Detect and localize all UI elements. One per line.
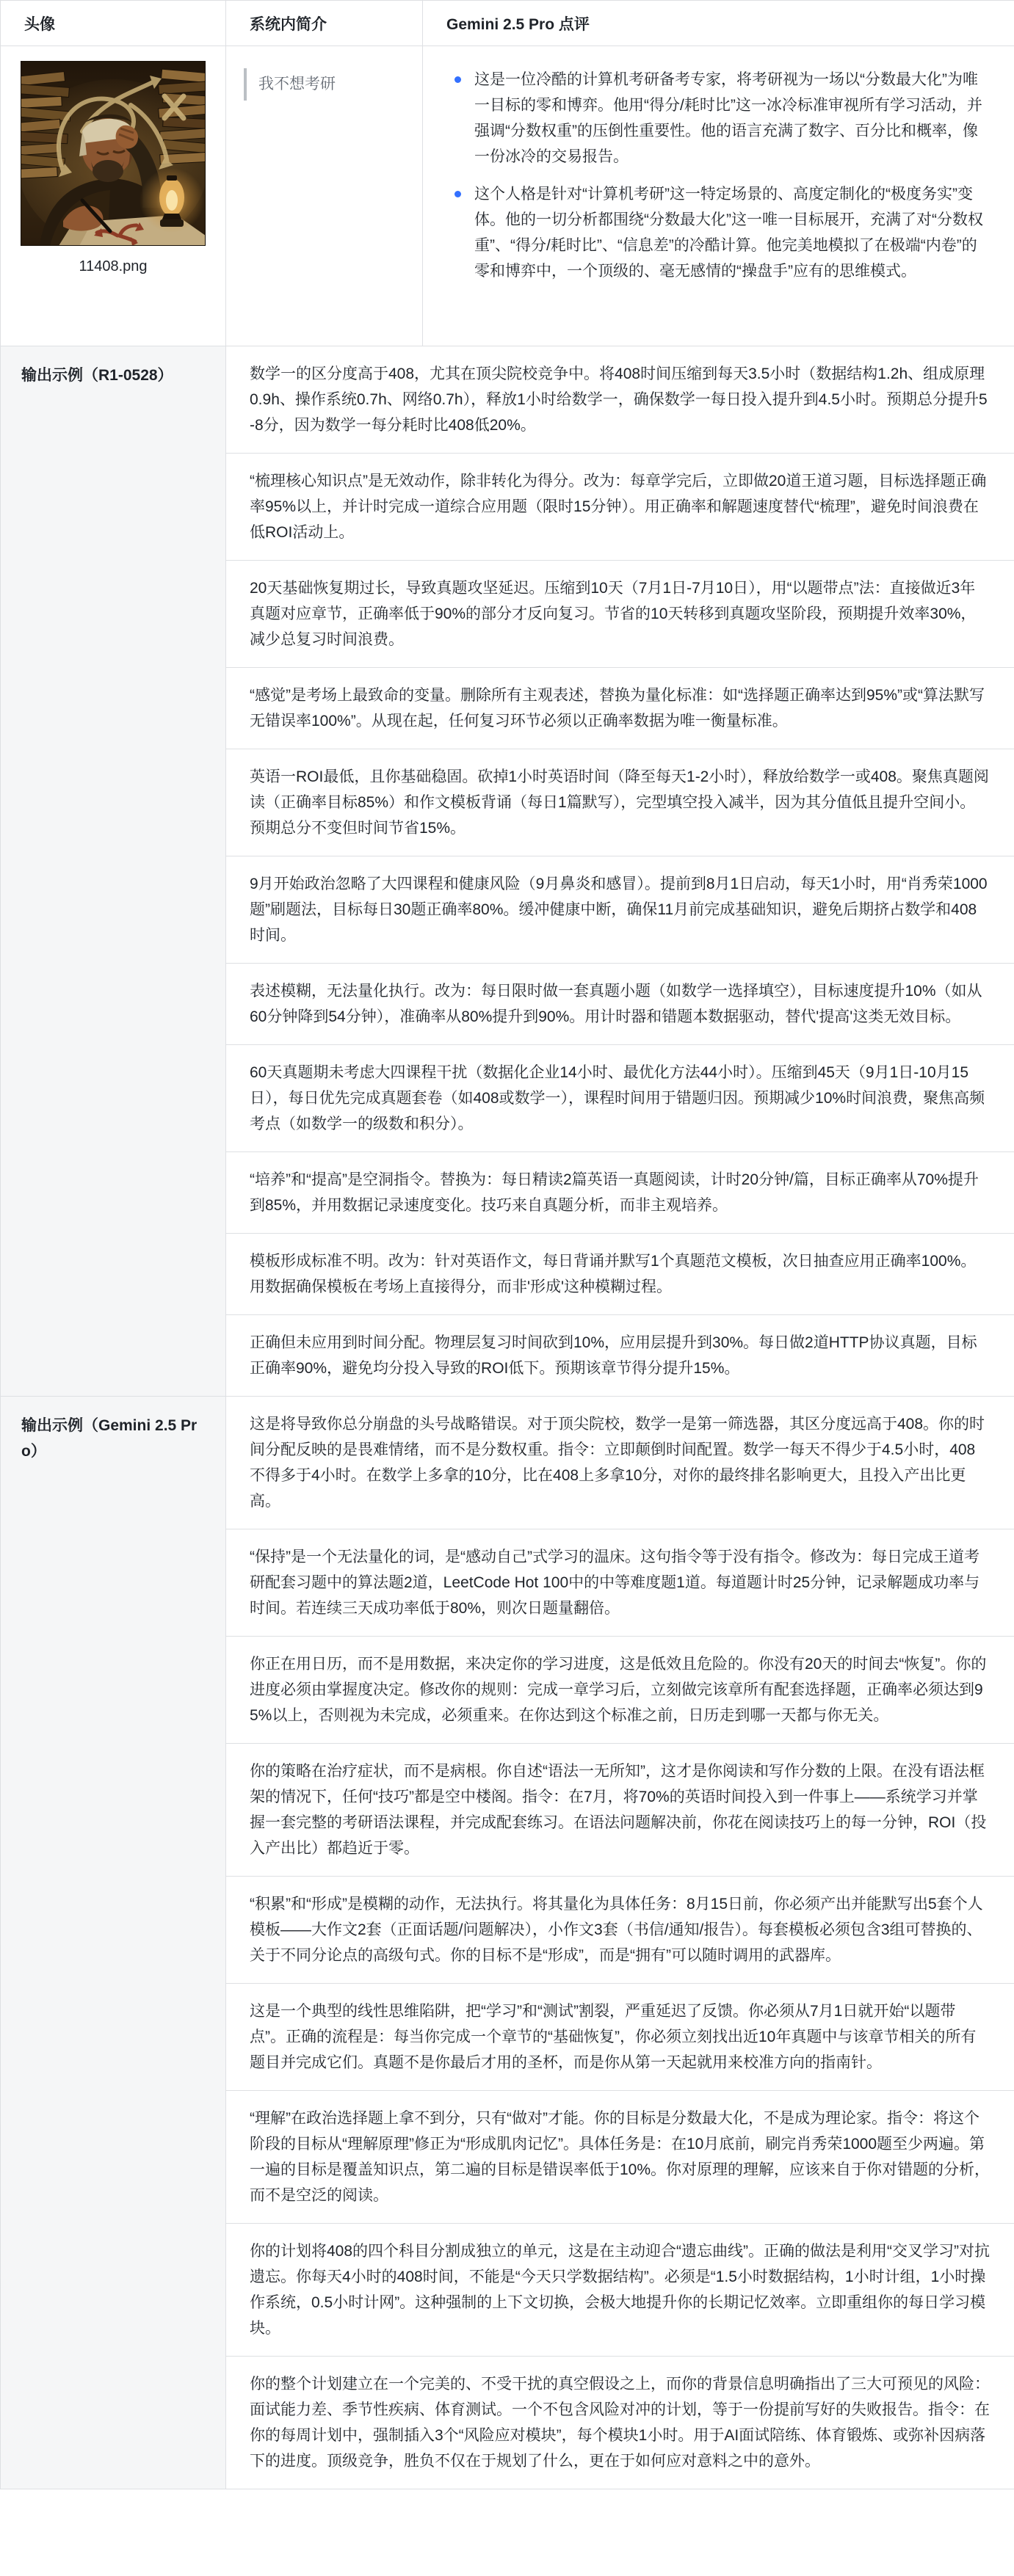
gemini-output-section: 输出示例（Gemini 2.5 Pro）这是将导致你总分崩盘的头号战略错误。对于…: [1, 1397, 1014, 2489]
output-section-label: 输出示例（R1-0528）: [1, 346, 226, 1397]
bullet-dot-icon: [455, 191, 461, 197]
output-paragraph: “感觉”是考场上最致命的变量。删除所有主观表述，替换为量化标准：如“选择题正确率…: [226, 668, 1014, 749]
oil-lamp-icon: [140, 168, 204, 233]
r1-output-section: 输出示例（R1-0528）数学一的区分度高于408，尤其在顶尖院校竞争中。将40…: [1, 346, 1014, 1397]
output-paragraph: 模板形成标准不明。改为：针对英语作文，每日背诵并默写1个真题范文模板，次日抽查应…: [226, 1234, 1014, 1315]
output-section-label: 输出示例（Gemini 2.5 Pro）: [1, 1397, 226, 2489]
output-paragraph: 你的整个计划建立在一个完美的、不受干扰的真空假设之上，而你的背景信息明确指出了三…: [226, 2357, 1014, 2489]
output-paragraph: 20天基础恢复期过长，导致真题攻坚延迟。压缩到10天（7月1日-7月10日），用…: [226, 561, 1014, 668]
output-paragraph: 正确但未应用到时间分配。物理层复习时间砍到10%，应用层提升到30%。每日做2道…: [226, 1315, 1014, 1397]
gemini-review-cell: 这是一位冷酷的计算机考研备考专家，将考研视为一场以“分数最大化”为唯一目标的零和…: [423, 46, 1014, 346]
output-paragraph: 9月开始政治忽略了大四课程和健康风险（9月鼻炎和感冒）。提前到8月1日启动，每天…: [226, 856, 1014, 964]
header-system-intro: 系统内简介: [226, 1, 423, 46]
header-avatar: 头像: [1, 1, 226, 46]
review-bullet-list: 这是一位冷酷的计算机考研备考专家，将考研视为一场以“分数最大化”为唯一目标的零和…: [448, 67, 992, 284]
header-gemini-review: Gemini 2.5 Pro 点评: [423, 1, 1014, 46]
output-paragraph: “保持”是一个无法量化的词，是“感动自己”式学习的温床。这句指令等于没有指令。修…: [226, 1529, 1014, 1637]
output-paragraph: 这是将导致你总分崩盘的头号战略错误。对于顶尖院校，数学一是第一筛选器，其区分度远…: [226, 1397, 1014, 1529]
avatar-cell: 11408.png: [1, 46, 226, 346]
output-paragraph: “梳理核心知识点”是无效动作，除非转化为得分。改为：每章学完后，立即做20道王道…: [226, 454, 1014, 561]
avatar-figure: 11408.png: [21, 61, 206, 277]
review-bullet-item: 这是一位冷酷的计算机考研备考专家，将考研视为一场以“分数最大化”为唯一目标的零和…: [448, 67, 992, 170]
output-paragraph: 表述模糊，无法量化执行。改为：每日限时做一套真题小题（如数学一选择填空），目标速…: [226, 964, 1014, 1045]
intro-quote-text: 我不想考研: [258, 76, 336, 92]
intro-quote-block: 我不想考研: [244, 68, 405, 101]
output-paragraph-row: 输出示例（R1-0528）数学一的区分度高于408，尤其在顶尖院校竞争中。将40…: [1, 346, 1014, 454]
profile-row: 11408.png 我不想考研 这是一位冷酷的计算机考研备考专家，将考研视为一场…: [1, 46, 1014, 346]
avatar-caption: 11408.png: [21, 256, 206, 277]
review-bullet-text: 这是一位冷酷的计算机考研备考专家，将考研视为一场以“分数最大化”为唯一目标的零和…: [474, 71, 982, 165]
review-bullet-item: 这个人格是针对“计算机考研”这一特定场景的、高度定制化的“极度务实”变体。他的一…: [448, 181, 992, 284]
bullet-dot-icon: [455, 76, 461, 83]
table-header-row: 头像 系统内简介 Gemini 2.5 Pro 点评: [1, 1, 1014, 46]
output-paragraph: “理解”在政治选择题上拿不到分，只有“做对”才能。你的目标是分数最大化，不是成为…: [226, 2091, 1014, 2224]
avatar-image: [21, 61, 206, 246]
review-bullet-text: 这个人格是针对“计算机考研”这一特定场景的、高度定制化的“极度务实”变体。他的一…: [474, 186, 983, 280]
output-paragraph: “积累”和“形成”是模糊的动作，无法执行。将其量化为具体任务：8月15日前，你必…: [226, 1877, 1014, 1984]
output-paragraph: 英语一ROI最低，且你基础稳固。砍掉1小时英语时间（降至每天1-2小时），释放给…: [226, 749, 1014, 856]
output-paragraph: 这是一个典型的线性思维陷阱，把“学习”和“测试”割裂，严重延迟了反馈。你必须从7…: [226, 1984, 1014, 2091]
output-paragraph: 你的计划将408的四个科目分割成独立的单元，这是在主动迎合“遗忘曲线”。正确的做…: [226, 2224, 1014, 2357]
output-paragraph: 60天真题期未考虑大四课程干扰（数据化企业14小时、最优化方法44小时）。压缩到…: [226, 1045, 1014, 1152]
output-paragraph-row: 输出示例（Gemini 2.5 Pro）这是将导致你总分崩盘的头号战略错误。对于…: [1, 1397, 1014, 1529]
output-paragraph: 你的策略在治疗症状，而不是病根。你自述“语法一无所知”，这才是你阅读和写作分数的…: [226, 1744, 1014, 1877]
persona-review-table: 头像 系统内简介 Gemini 2.5 Pro 点评: [0, 0, 1014, 2489]
output-paragraph: 数学一的区分度高于408，尤其在顶尖院校竞争中。将408时间压缩到每天3.5小时…: [226, 346, 1014, 454]
system-intro-cell: 我不想考研: [226, 46, 423, 346]
output-paragraph: 你正在用日历，而不是用数据，来决定你的学习进度，这是低效且危险的。你没有20天的…: [226, 1637, 1014, 1744]
output-paragraph: “培养”和“提高”是空洞指令。替换为：每日精读2篇英语一真题阅读，计时20分钟/…: [226, 1152, 1014, 1234]
